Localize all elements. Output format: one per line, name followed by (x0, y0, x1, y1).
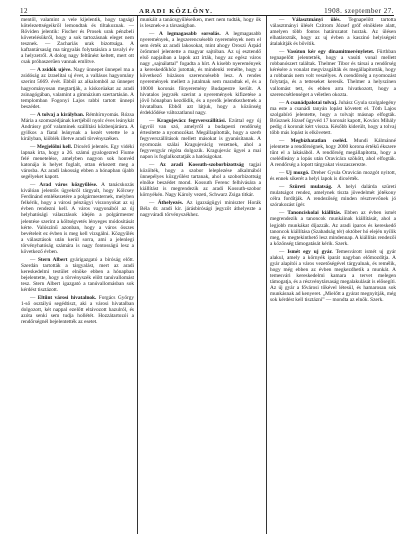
column-1: mentől, valamint a vele kijelentik, hogy… (21, 17, 134, 538)
article-body: tagjai közölték, hogy a szobor leleplezé… (140, 162, 261, 198)
article: — Választmányi ülés. Tegnapelőtt tartott… (270, 17, 396, 47)
article-body: Temesvárott ismét uj gyár alakul, amely … (270, 249, 396, 303)
newspaper-page: 12 ARADI KÖZLÖNY. 1908. szeptember 27. m… (0, 0, 402, 558)
article: — Arad város közgyűlése. A tanácskozás k… (21, 182, 134, 255)
column-2: munkáit a tanácsgyűléseiken, mert nem tu… (140, 17, 261, 532)
article: — Ismét egy uj gyár. Temesvárott ismét u… (270, 249, 396, 303)
article-body: Ezúttal egy új ügyről van szó, amelyről … (140, 118, 261, 160)
article-body: Nagy ünnepet ünnepel ma a zsidóság az iz… (21, 67, 134, 109)
article-body: A legmagasabb nyeremények, a legszerencs… (140, 31, 261, 116)
page-header: 12 ARADI KÖZLÖNY. 1908. szeptember 27. (20, 3, 394, 15)
newspaper-title: ARADI KÖZLÖNY. (139, 8, 213, 15)
article: — Uj mozgó. Dreher Gyula Oravicán mozgót… (270, 170, 396, 182)
article: — Megbízhatatlan cseléd. Mundi Kálmánné … (270, 138, 396, 168)
column-divider (266, 16, 267, 534)
article-body: Fürthban tegnapelőtt jelentették, hogy a… (270, 49, 396, 97)
article: munkáit a tanácsgyűléseiken, mert nem tu… (140, 17, 261, 29)
article: — Megjelölni kell. Dicsérő jelentés. Egy… (21, 144, 134, 180)
page-number: 12 (20, 7, 28, 15)
article: — Eltűnt városi hivatalnok. Forgács Györ… (21, 295, 134, 325)
article: — Stern Albert gyárigazgató a bíróság el… (21, 257, 134, 293)
article: mentől, valamint a vele kijelentik, hogy… (21, 17, 134, 65)
article-body: A tanácskozás kiválóan jelentős ügyekről… (21, 182, 134, 255)
article: — Áthelyezés. Az igazságügyi miniszter H… (140, 200, 261, 218)
article-body: mentől, valamint a vele kijelentik, hogy… (21, 17, 134, 65)
article: — Vasúton kér egy dinamitmerényletet. Fü… (270, 49, 396, 97)
article: — Tanonciskolai kiállítás. Ebben az évbe… (270, 210, 396, 246)
issue-date: 1908. szeptember 27. (324, 7, 394, 15)
article: — A csanádpalotai tolvaj. Juhász Gyula s… (270, 100, 396, 136)
article: — Szüreti mulatság. A helyi dalárda szür… (270, 184, 396, 208)
article: — A tolvaj a királyban. Rémhírnyomás. Ró… (21, 112, 134, 142)
header-rule (20, 15, 394, 16)
article: — Kragujevácz fegyverszállítási. Ezúttal… (140, 118, 261, 160)
column-3: — Választmányi ülés. Tegnapelőtt tartott… (270, 17, 396, 532)
article-body: munkáit a tanácsgyűléseiken, mert nem tu… (140, 17, 261, 29)
article-body: Juhász Gyula szolgalegény ma este a csan… (270, 100, 396, 136)
article: — A legmagasabb sorsolás. A legmagasabb … (140, 31, 261, 116)
column-divider (137, 16, 138, 534)
article: — A zsidók ujéve. Nagy ünnepet ünnepel m… (21, 67, 134, 109)
article-body: gyárigazgató a bíróság előtt. Szerdán ta… (21, 257, 134, 293)
article-body: Ebben az évben ismét megrendezik a tanon… (270, 210, 396, 246)
article-body: Dicsérő jelentés. Egy vidéki lapnak írta… (21, 144, 134, 180)
article: — Az aradi Kossuth-szoborbizottság tagja… (140, 162, 261, 198)
